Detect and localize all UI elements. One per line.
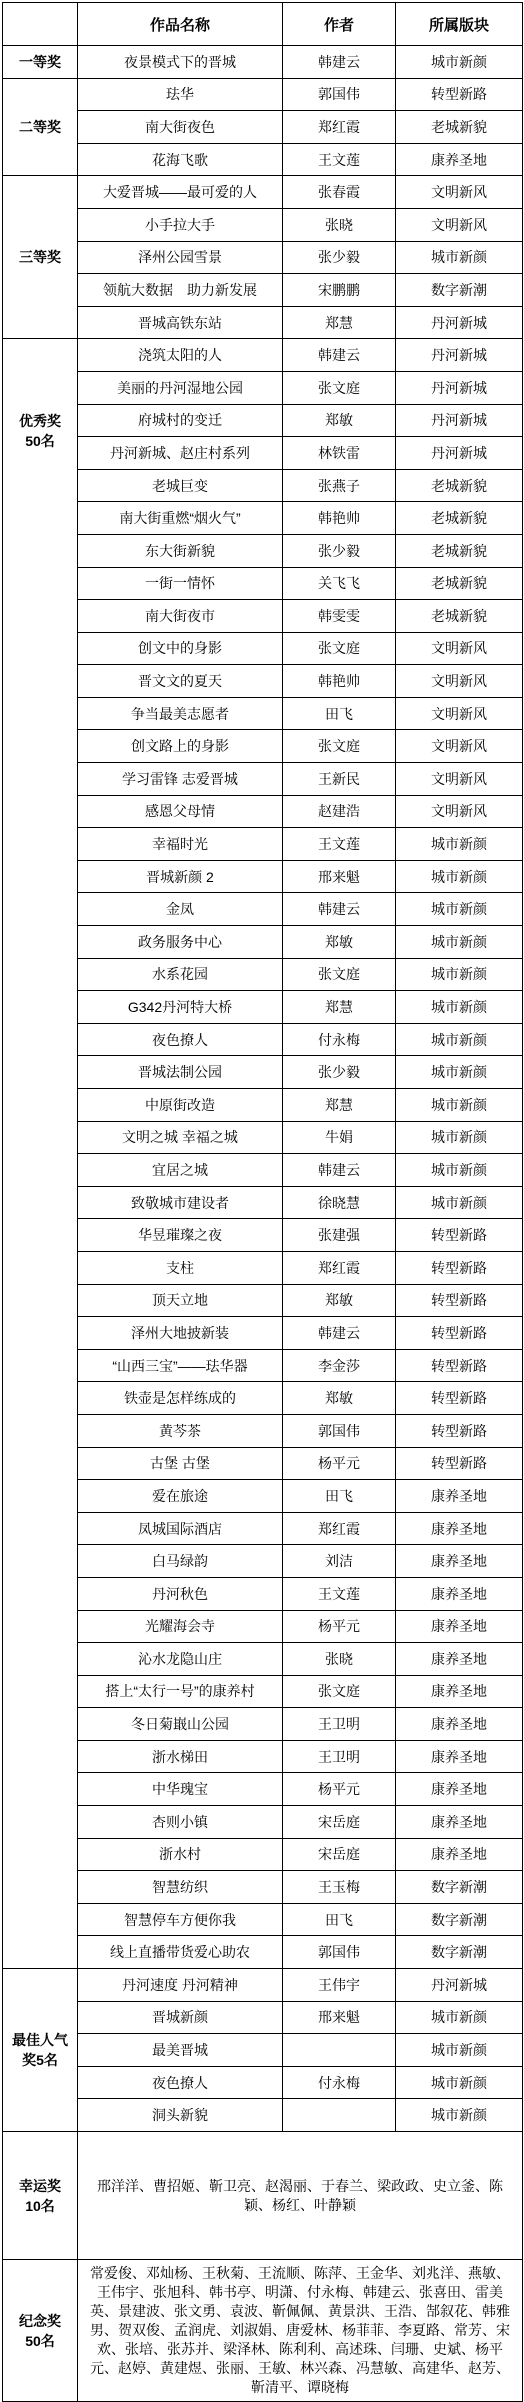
table-row: 智慧纺织王玉梅数字新潮 (3, 1871, 523, 1904)
section-cell: 丹河新城 (396, 306, 523, 339)
column-header-award (3, 3, 78, 46)
work-title-cell: 搭上“太行一号”的康养村 (78, 1675, 283, 1708)
table-row: 杏则小镇宋岳庭康养圣地 (3, 1806, 523, 1839)
table-row: 黄芩茶郭国伟转型新路 (3, 1414, 523, 1447)
work-title-cell: 中原街改造 (78, 1089, 283, 1122)
work-title-cell: 智慧纺织 (78, 1871, 283, 1904)
table-row: 金凤韩建云城市新颜 (3, 893, 523, 926)
author-cell: 张晓 (283, 208, 396, 241)
table-row: 幸运奖 10名邢洋洋、曹招姬、靳卫亮、赵渴丽、于春兰、梁政政、史立釜、陈颖、杨红… (3, 2132, 523, 2260)
award-group-label-third-prize: 三等奖 (3, 176, 78, 339)
author-cell: 张晓 (283, 1643, 396, 1676)
section-cell: 康养圣地 (396, 1675, 523, 1708)
table-row: G342丹河特大桥郑慧城市新颜 (3, 991, 523, 1024)
table-row: “山西三宝”——珐华器李金莎转型新路 (3, 1349, 523, 1382)
author-cell: 张文庭 (283, 958, 396, 991)
table-row: 搭上“太行一号”的康养村张文庭康养圣地 (3, 1675, 523, 1708)
author-cell: 张少毅 (283, 241, 396, 274)
work-title-cell: 南大街夜市 (78, 600, 283, 633)
author-cell: 邢来魁 (283, 860, 396, 893)
section-cell: 文明新风 (396, 730, 523, 763)
section-cell: 老城新貌 (396, 567, 523, 600)
table-row: 铁壶是怎样练成的郑敏转型新路 (3, 1382, 523, 1415)
section-cell: 城市新颜 (396, 828, 523, 861)
work-title-cell: 光耀海会寺 (78, 1610, 283, 1643)
author-cell: 田飞 (283, 1480, 396, 1513)
column-header-work-title: 作品名称 (78, 3, 283, 46)
author-cell: 张文庭 (283, 632, 396, 665)
awards-table-body: 一等奖夜景模式下的晋城韩建云城市新颜二等奖珐华郭国伟转型新路南大街夜色郑红霞老城… (3, 46, 523, 2402)
author-cell: 张建强 (283, 1219, 396, 1252)
table-row: 水系花园张文庭城市新颜 (3, 958, 523, 991)
author-cell: 郑慧 (283, 991, 396, 1024)
section-cell: 康养圣地 (396, 143, 523, 176)
table-row: 泽州公园雪景张少毅城市新颜 (3, 241, 523, 274)
work-title-cell: 爱在旅途 (78, 1480, 283, 1513)
table-row: 创文中的身影张文庭文明新风 (3, 632, 523, 665)
author-cell: 郑红霞 (283, 1251, 396, 1284)
author-cell: 田飞 (283, 697, 396, 730)
author-cell (283, 2034, 396, 2067)
section-cell: 城市新颜 (396, 860, 523, 893)
author-cell: 王新民 (283, 763, 396, 796)
section-cell: 康养圣地 (396, 1545, 523, 1578)
work-title-cell: 花海飞歌 (78, 143, 283, 176)
work-title-cell: 杏则小镇 (78, 1806, 283, 1839)
author-cell: 郑慧 (283, 1089, 396, 1122)
author-cell: 张少毅 (283, 534, 396, 567)
section-cell: 城市新颜 (396, 1089, 523, 1122)
author-cell: 郭国伟 (283, 1936, 396, 1969)
table-row: 二等奖珐华郭国伟转型新路 (3, 78, 523, 111)
work-title-cell: 泽州大地披新装 (78, 1317, 283, 1350)
table-row: 顶天立地郑敏转型新路 (3, 1284, 523, 1317)
section-cell: 老城新貌 (396, 111, 523, 144)
section-cell: 城市新颜 (396, 1186, 523, 1219)
work-title-cell: 晋城新颜 2 (78, 860, 283, 893)
table-row: 最美晋城城市新颜 (3, 2034, 523, 2067)
author-cell: 韩建云 (283, 46, 396, 79)
section-cell: 康养圣地 (396, 1838, 523, 1871)
work-title-cell: 晋城新颜 (78, 2001, 283, 2034)
section-cell: 丹河新城 (396, 339, 523, 372)
work-title-cell: 晋文文的夏天 (78, 665, 283, 698)
author-cell: 关飞飞 (283, 567, 396, 600)
work-title-cell: 晋城高铁东站 (78, 306, 283, 339)
work-title-cell: 府城村的变迁 (78, 404, 283, 437)
table-row: 中原街改造郑慧城市新颜 (3, 1089, 523, 1122)
work-title-cell: 争当最美志愿者 (78, 697, 283, 730)
work-title-cell: 冬日菊嶯山公园 (78, 1708, 283, 1741)
work-title-cell: 沁水龙隐山庄 (78, 1643, 283, 1676)
author-cell: 韩建云 (283, 1317, 396, 1350)
author-cell: 宋鹏鹏 (283, 274, 396, 307)
author-cell: 王卫明 (283, 1740, 396, 1773)
author-cell: 郑敏 (283, 404, 396, 437)
work-title-cell: 感恩父母情 (78, 795, 283, 828)
work-title-cell: 浙水村 (78, 1838, 283, 1871)
section-cell: 转型新路 (396, 1284, 523, 1317)
section-cell: 转型新路 (396, 1349, 523, 1382)
work-title-cell: 智慧停车方便你我 (78, 1903, 283, 1936)
table-row: 一街一情怀关飞飞老城新貌 (3, 567, 523, 600)
section-cell: 康养圣地 (396, 1740, 523, 1773)
table-row: 浙水梯田王卫明康养圣地 (3, 1740, 523, 1773)
section-cell: 数字新潮 (396, 1936, 523, 1969)
table-row: 古堡 古堡杨平元转型新路 (3, 1447, 523, 1480)
section-cell: 城市新颜 (396, 1056, 523, 1089)
author-cell: 王文莲 (283, 828, 396, 861)
section-cell: 文明新风 (396, 208, 523, 241)
awards-table: 作品名称 作者 所属版块 一等奖夜景模式下的晋城韩建云城市新颜二等奖珐华郭国伟转… (2, 2, 523, 2402)
section-cell: 转型新路 (396, 1382, 523, 1415)
work-title-cell: 最美晋城 (78, 2034, 283, 2067)
table-row: 白马绿韵刘洁康养圣地 (3, 1545, 523, 1578)
table-row: 府城村的变迁郑敏丹河新城 (3, 404, 523, 437)
table-row: 丹河秋色王文莲康养圣地 (3, 1577, 523, 1610)
author-cell: 郑红霞 (283, 1512, 396, 1545)
table-row: 智慧停车方便你我田飞数字新潮 (3, 1903, 523, 1936)
author-cell: 郭国伟 (283, 1414, 396, 1447)
section-cell: 文明新风 (396, 697, 523, 730)
table-row: 优秀奖 50名浇筑太阳的人韩建云丹河新城 (3, 339, 523, 372)
author-cell: 王卫明 (283, 1708, 396, 1741)
author-cell: 牛娟 (283, 1121, 396, 1154)
section-cell: 转型新路 (396, 1414, 523, 1447)
work-title-cell: 浙水梯田 (78, 1740, 283, 1773)
author-cell: 张春霞 (283, 176, 396, 209)
work-title-cell: 学习雷锋 志爱晋城 (78, 763, 283, 796)
author-cell: 郑敏 (283, 1284, 396, 1317)
table-row: 南大街夜色郑红霞老城新貌 (3, 111, 523, 144)
work-title-cell: 夜景模式下的晋城 (78, 46, 283, 79)
table-row: 晋城高铁东站郑慧丹河新城 (3, 306, 523, 339)
section-cell: 城市新颜 (396, 893, 523, 926)
author-cell: 付永梅 (283, 1023, 396, 1056)
table-row: 夜色撩人付永梅城市新颜 (3, 1023, 523, 1056)
table-row: 线上直播带货爱心助农郭国伟数字新潮 (3, 1936, 523, 1969)
section-cell: 数字新潮 (396, 1871, 523, 1904)
author-cell: 杨平元 (283, 1773, 396, 1806)
work-title-cell: 白马绿韵 (78, 1545, 283, 1578)
table-row: 南大街夜市韩雯雯老城新貌 (3, 600, 523, 633)
table-row: 沁水龙隐山庄张晓康养圣地 (3, 1643, 523, 1676)
table-row: 小手拉大手张晓文明新风 (3, 208, 523, 241)
author-cell: 韩建云 (283, 893, 396, 926)
section-cell: 康养圣地 (396, 1773, 523, 1806)
column-header-section: 所属版块 (396, 3, 523, 46)
table-row: 晋文文的夏天韩艳帅文明新风 (3, 665, 523, 698)
section-cell: 文明新风 (396, 763, 523, 796)
work-title-cell: 文明之城 幸福之城 (78, 1121, 283, 1154)
section-cell: 丹河新城 (396, 371, 523, 404)
table-row: 华昱璀璨之夜张建强转型新路 (3, 1219, 523, 1252)
section-cell: 数字新潮 (396, 274, 523, 307)
author-cell: 韩建云 (283, 1154, 396, 1187)
work-title-cell: 一街一情怀 (78, 567, 283, 600)
work-title-cell: 东大街新貌 (78, 534, 283, 567)
table-row: 东大街新貌张少毅老城新貌 (3, 534, 523, 567)
work-title-cell: 铁壶是怎样练成的 (78, 1382, 283, 1415)
work-title-cell: 丹河新城、赵庄村系列 (78, 437, 283, 470)
section-cell: 城市新颜 (396, 241, 523, 274)
work-title-cell: 中华瑰宝 (78, 1773, 283, 1806)
author-cell: 张文庭 (283, 371, 396, 404)
page: { "table": { "columns": ["", "作品名称", "作者… (0, 0, 524, 2392)
work-title-cell: G342丹河特大桥 (78, 991, 283, 1024)
table-row: 花海飞歌王文莲康养圣地 (3, 143, 523, 176)
section-cell: 城市新颜 (396, 46, 523, 79)
table-row: 凤城国际酒店郑红霞康养圣地 (3, 1512, 523, 1545)
author-cell: 邢来魁 (283, 2001, 396, 2034)
author-cell: 韩艳帅 (283, 665, 396, 698)
section-cell: 文明新风 (396, 632, 523, 665)
author-cell: 张文庭 (283, 1675, 396, 1708)
author-cell: 徐晓慧 (283, 1186, 396, 1219)
work-title-cell: 政务服务中心 (78, 926, 283, 959)
work-title-cell: 丹河秋色 (78, 1577, 283, 1610)
table-row: 丹河新城、赵庄村系列林铁雷丹河新城 (3, 437, 523, 470)
column-header-author: 作者 (283, 3, 396, 46)
work-title-cell: 美丽的丹河湿地公园 (78, 371, 283, 404)
winner-names-cell: 常爱俊、邓灿杨、王秋菊、王流顺、陈萍、王金华、刘兆洋、燕敏、王伟宇、张旭科、韩书… (78, 2260, 523, 2402)
author-cell: 张少毅 (283, 1056, 396, 1089)
work-title-cell: 晋城法制公园 (78, 1056, 283, 1089)
section-cell: 城市新颜 (396, 926, 523, 959)
table-row: 宜居之城韩建云城市新颜 (3, 1154, 523, 1187)
work-title-cell: 顶天立地 (78, 1284, 283, 1317)
section-cell: 城市新颜 (396, 2034, 523, 2067)
section-cell: 老城新貌 (396, 502, 523, 535)
work-title-cell: 夜色撩人 (78, 1023, 283, 1056)
table-row: 洞头新貌城市新颜 (3, 2099, 523, 2132)
author-cell: 张文庭 (283, 730, 396, 763)
work-title-cell: 领航大数据 助力新发展 (78, 274, 283, 307)
award-group-label-lucky-prize: 幸运奖 10名 (3, 2132, 78, 2260)
section-cell: 老城新貌 (396, 534, 523, 567)
author-cell: 张燕子 (283, 469, 396, 502)
work-title-cell: 致敬城市建设者 (78, 1186, 283, 1219)
author-cell: 李金莎 (283, 1349, 396, 1382)
work-title-cell: 华昱璀璨之夜 (78, 1219, 283, 1252)
work-title-cell: 夜色撩人 (78, 2066, 283, 2099)
section-cell: 数字新潮 (396, 1903, 523, 1936)
section-cell: 丹河新城 (396, 437, 523, 470)
author-cell: 杨平元 (283, 1447, 396, 1480)
section-cell: 转型新路 (396, 1251, 523, 1284)
work-title-cell: 浇筑太阳的人 (78, 339, 283, 372)
section-cell: 城市新颜 (396, 2066, 523, 2099)
work-title-cell: 凤城国际酒店 (78, 1512, 283, 1545)
section-cell: 丹河新城 (396, 1969, 523, 2002)
work-title-cell: 幸福时光 (78, 828, 283, 861)
table-row: 冬日菊嶯山公园王卫明康养圣地 (3, 1708, 523, 1741)
work-title-cell: 线上直播带货爱心助农 (78, 1936, 283, 1969)
section-cell: 康养圣地 (396, 1708, 523, 1741)
table-row: 美丽的丹河湿地公园张文庭丹河新城 (3, 371, 523, 404)
author-cell (283, 2099, 396, 2132)
work-title-cell: 水系花园 (78, 958, 283, 991)
work-title-cell: 南大街夜色 (78, 111, 283, 144)
section-cell: 城市新颜 (396, 1154, 523, 1187)
section-cell: 转型新路 (396, 78, 523, 111)
author-cell: 郭国伟 (283, 78, 396, 111)
work-title-cell: 南大街重燃“烟火气” (78, 502, 283, 535)
table-row: 致敬城市建设者徐晓慧城市新颜 (3, 1186, 523, 1219)
work-title-cell: 创文中的身影 (78, 632, 283, 665)
work-title-cell: 泽州公园雪景 (78, 241, 283, 274)
section-cell: 康养圣地 (396, 1610, 523, 1643)
table-row: 爱在旅途田飞康养圣地 (3, 1480, 523, 1513)
author-cell: 郑敏 (283, 926, 396, 959)
author-cell: 刘洁 (283, 1545, 396, 1578)
table-row: 夜色撩人付永梅城市新颜 (3, 2066, 523, 2099)
table-row: 南大街重燃“烟火气”韩艳帅老城新貌 (3, 502, 523, 535)
award-group-label-excellence-prize: 优秀奖 50名 (3, 339, 78, 1969)
work-title-cell: “山西三宝”——珐华器 (78, 1349, 283, 1382)
author-cell: 郑红霞 (283, 111, 396, 144)
award-group-label-popularity-prize: 最佳人气 奖5名 (3, 1969, 78, 2132)
table-row: 光耀海会寺杨平元康养圣地 (3, 1610, 523, 1643)
work-title-cell: 创文路上的身影 (78, 730, 283, 763)
table-row: 晋城新颜 2邢来魁城市新颜 (3, 860, 523, 893)
table-row: 老城巨变张燕子老城新貌 (3, 469, 523, 502)
author-cell: 赵建浩 (283, 795, 396, 828)
table-row: 泽州大地披新装韩建云转型新路 (3, 1317, 523, 1350)
author-cell: 王文莲 (283, 1577, 396, 1610)
author-cell: 宋岳庭 (283, 1838, 396, 1871)
work-title-cell: 古堡 古堡 (78, 1447, 283, 1480)
table-row: 最佳人气 奖5名丹河速度 丹河精神王伟宇丹河新城 (3, 1969, 523, 2002)
section-cell: 城市新颜 (396, 958, 523, 991)
author-cell: 郑慧 (283, 306, 396, 339)
section-cell: 转型新路 (396, 1447, 523, 1480)
table-row: 支柱郑红霞转型新路 (3, 1251, 523, 1284)
table-row: 浙水村宋岳庭康养圣地 (3, 1838, 523, 1871)
author-cell: 王文莲 (283, 143, 396, 176)
table-row: 创文路上的身影张文庭文明新风 (3, 730, 523, 763)
section-cell: 转型新路 (396, 1317, 523, 1350)
section-cell: 文明新风 (396, 795, 523, 828)
header-row: 作品名称 作者 所属版块 (3, 3, 523, 46)
author-cell: 付永梅 (283, 2066, 396, 2099)
author-cell: 韩建云 (283, 339, 396, 372)
author-cell: 韩雯雯 (283, 600, 396, 633)
work-title-cell: 支柱 (78, 1251, 283, 1284)
author-cell: 田飞 (283, 1903, 396, 1936)
table-row: 幸福时光王文莲城市新颜 (3, 828, 523, 861)
section-cell: 城市新颜 (396, 1121, 523, 1154)
table-row: 三等奖大爱晋城——最可爱的人张春霞文明新风 (3, 176, 523, 209)
section-cell: 城市新颜 (396, 2001, 523, 2034)
section-cell: 康养圣地 (396, 1512, 523, 1545)
author-cell: 王伟宇 (283, 1969, 396, 2002)
section-cell: 丹河新城 (396, 404, 523, 437)
award-group-label-second-prize: 二等奖 (3, 78, 78, 176)
work-title-cell: 珐华 (78, 78, 283, 111)
table-row: 领航大数据 助力新发展宋鹏鹏数字新潮 (3, 274, 523, 307)
table-row: 一等奖夜景模式下的晋城韩建云城市新颜 (3, 46, 523, 79)
section-cell: 文明新风 (396, 665, 523, 698)
table-row: 晋城新颜邢来魁城市新颜 (3, 2001, 523, 2034)
section-cell: 康养圣地 (396, 1480, 523, 1513)
section-cell: 老城新貌 (396, 469, 523, 502)
work-title-cell: 小手拉大手 (78, 208, 283, 241)
work-title-cell: 丹河速度 丹河精神 (78, 1969, 283, 2002)
author-cell: 杨平元 (283, 1610, 396, 1643)
table-row: 争当最美志愿者田飞文明新风 (3, 697, 523, 730)
section-cell: 老城新貌 (396, 600, 523, 633)
table-row: 晋城法制公园张少毅城市新颜 (3, 1056, 523, 1089)
table-row: 感恩父母情赵建浩文明新风 (3, 795, 523, 828)
author-cell: 林铁雷 (283, 437, 396, 470)
author-cell: 韩艳帅 (283, 502, 396, 535)
winner-names-cell: 邢洋洋、曹招姬、靳卫亮、赵渴丽、于春兰、梁政政、史立釜、陈颖、杨红、叶静颖 (78, 2132, 523, 2260)
work-title-cell: 老城巨变 (78, 469, 283, 502)
work-title-cell: 大爱晋城——最可爱的人 (78, 176, 283, 209)
section-cell: 城市新颜 (396, 2099, 523, 2132)
work-title-cell: 黄芩茶 (78, 1414, 283, 1447)
section-cell: 文明新风 (396, 176, 523, 209)
table-row: 中华瑰宝杨平元康养圣地 (3, 1773, 523, 1806)
section-cell: 城市新颜 (396, 991, 523, 1024)
table-row: 文明之城 幸福之城牛娟城市新颜 (3, 1121, 523, 1154)
author-cell: 郑敏 (283, 1382, 396, 1415)
table-row: 纪念奖 50名常爱俊、邓灿杨、王秋菊、王流顺、陈萍、王金华、刘兆洋、燕敏、王伟宇… (3, 2260, 523, 2402)
section-cell: 康养圣地 (396, 1806, 523, 1839)
award-group-label-first-prize: 一等奖 (3, 46, 78, 79)
work-title-cell: 洞头新貌 (78, 2099, 283, 2132)
author-cell: 王玉梅 (283, 1871, 396, 1904)
table-row: 政务服务中心郑敏城市新颜 (3, 926, 523, 959)
table-row: 学习雷锋 志爱晋城王新民文明新风 (3, 763, 523, 796)
section-cell: 转型新路 (396, 1219, 523, 1252)
work-title-cell: 宜居之城 (78, 1154, 283, 1187)
section-cell: 康养圣地 (396, 1643, 523, 1676)
author-cell: 宋岳庭 (283, 1806, 396, 1839)
award-group-label-memorial-prize: 纪念奖 50名 (3, 2260, 78, 2402)
section-cell: 康养圣地 (396, 1577, 523, 1610)
section-cell: 城市新颜 (396, 1023, 523, 1056)
work-title-cell: 金凤 (78, 893, 283, 926)
